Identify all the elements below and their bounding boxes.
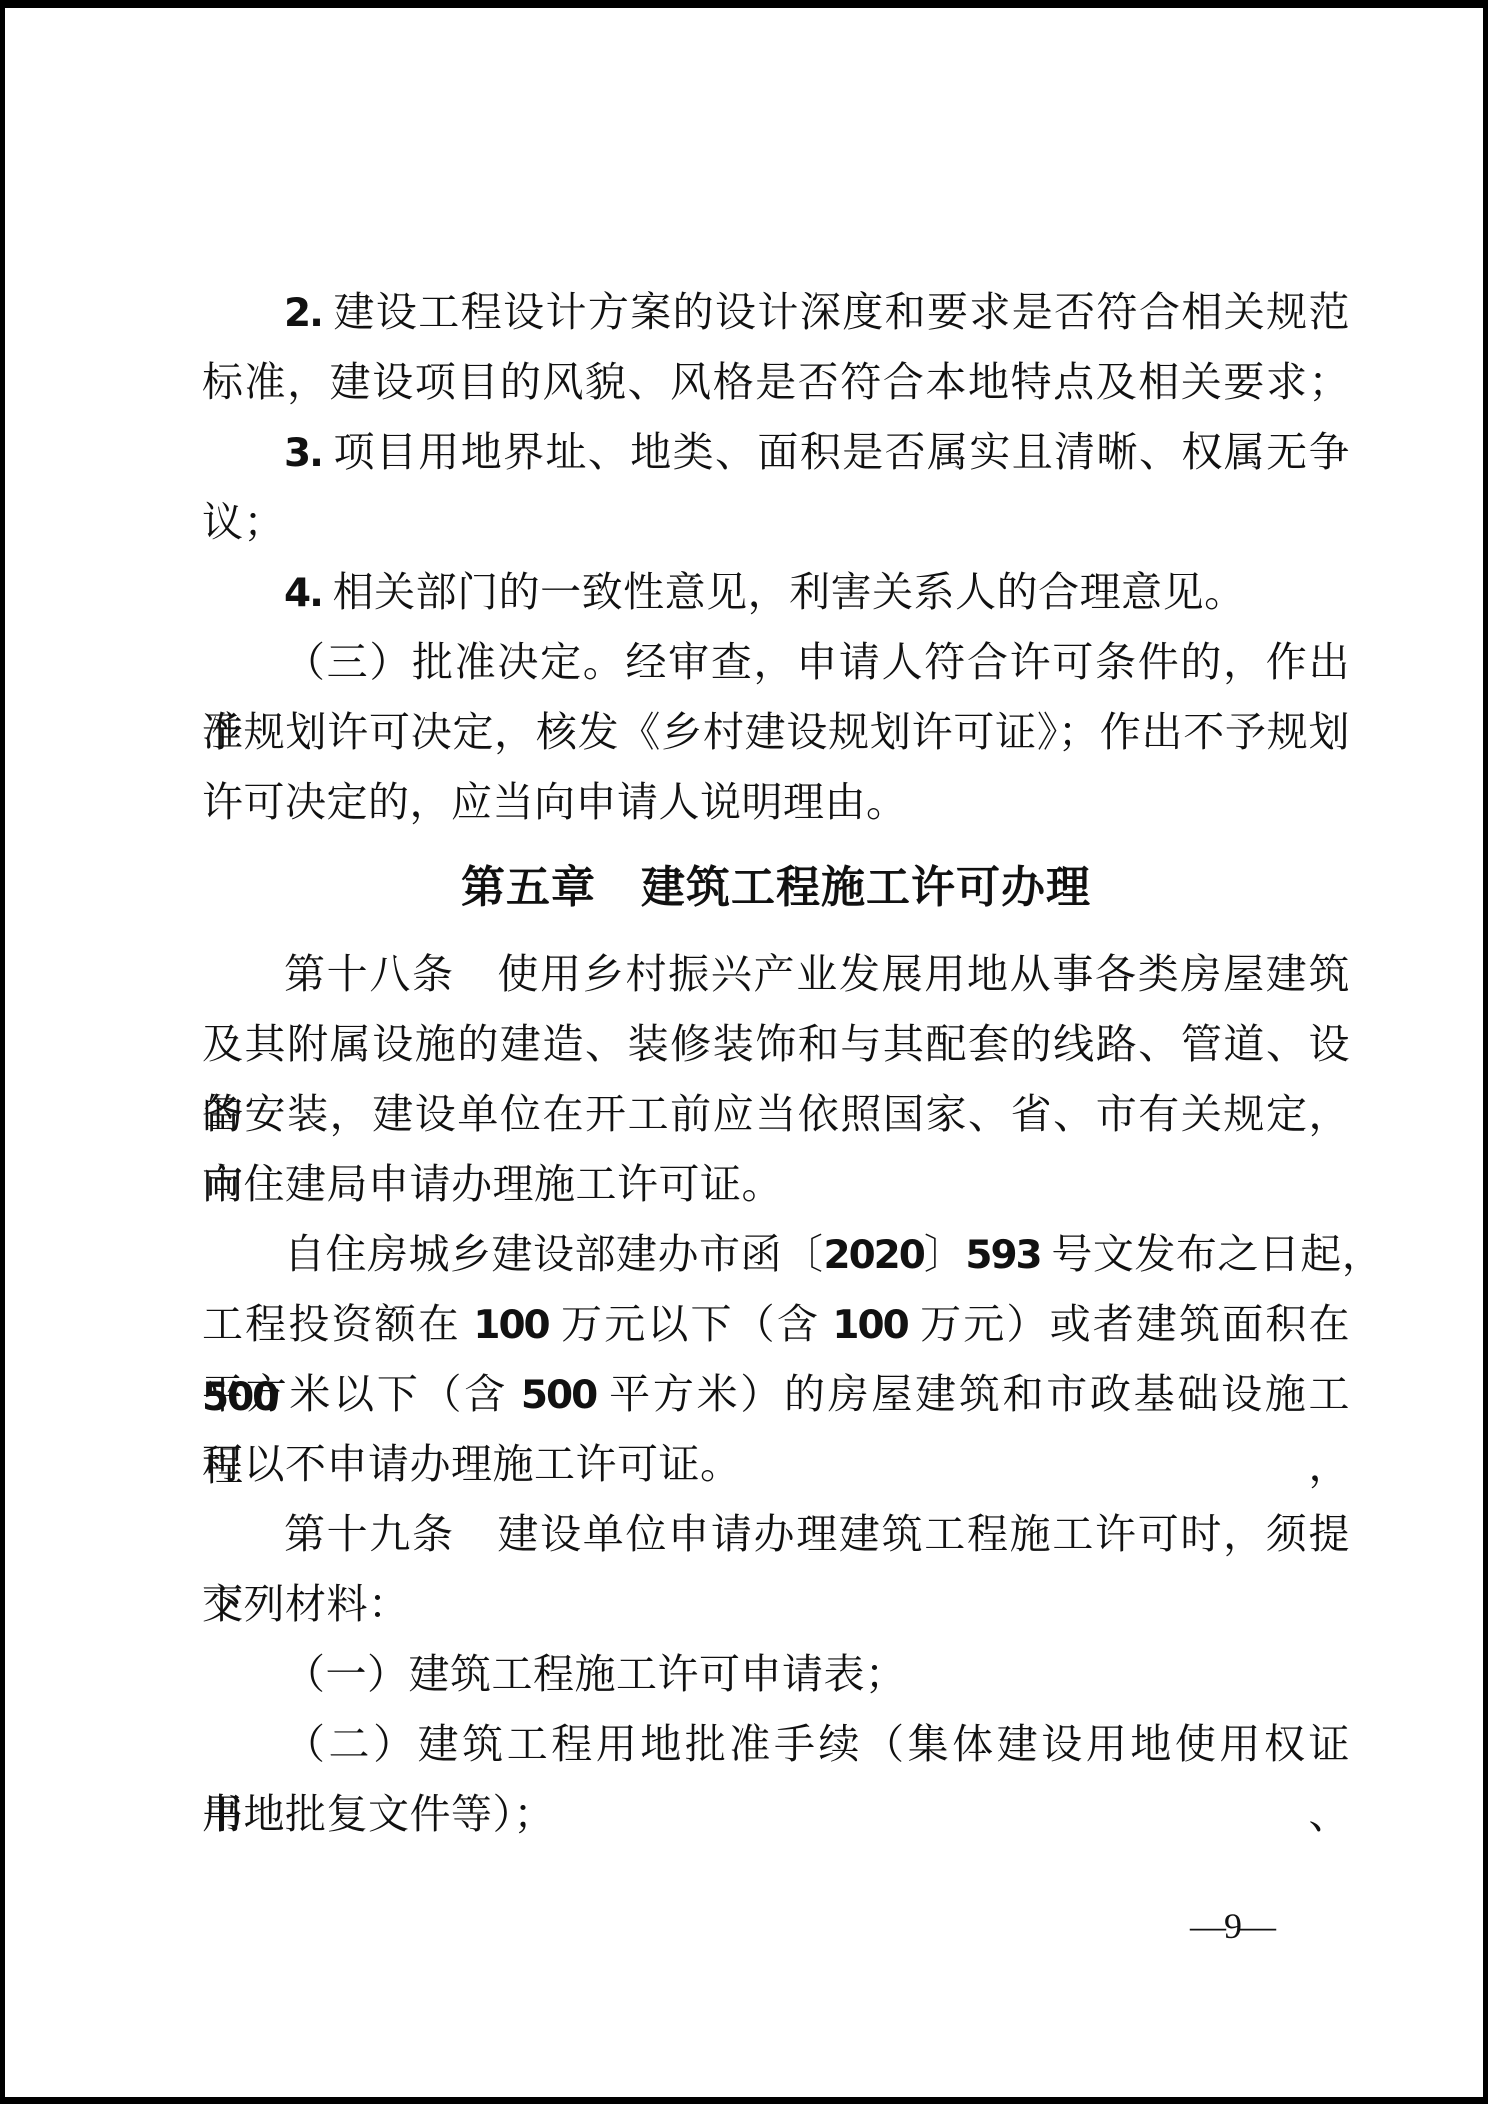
text-line: （一）建筑工程施工许可申请表； (202, 1639, 1350, 1709)
text-line: 第十八条 使用乡村振兴产业发展用地从事各类房屋建筑 (202, 939, 1350, 1009)
text-line: 工程投资额在 100 万元以下（含 100 万元）或者建筑面积在 500 (202, 1289, 1350, 1359)
text-line: 下列材料： (202, 1569, 1350, 1639)
document-page: 2. 建设工程设计方案的设计深度和要求是否符合相关规范 标准，建设项目的风貌、风… (0, 0, 1488, 2104)
text-line: 的安装，建设单位在开工前应当依照国家、省、市有关规定，向 (202, 1079, 1350, 1149)
document-body: 2. 建设工程设计方案的设计深度和要求是否符合相关规范 标准，建设项目的风貌、风… (202, 277, 1350, 1849)
text-line: 议； (202, 487, 1350, 557)
text-line: 4. 相关部门的一致性意见，利害关系人的合理意见。 (202, 557, 1350, 627)
text-line: 3. 项目用地界址、地类、面积是否属实且清晰、权属无争 (202, 417, 1350, 487)
text-line: 予规划许可决定，核发《乡村建设规划许可证》；作出不予规划 (202, 697, 1350, 767)
page-number: —9— (1190, 1901, 1370, 1951)
text-line: 市住建局申请办理施工许可证。 (202, 1149, 1350, 1219)
text-line: 自住房城乡建设部建办市函〔2020〕593 号文发布之日起， (202, 1219, 1350, 1289)
text-line: 许可决定的，应当向申请人说明理由。 (202, 767, 1350, 837)
text-line: 第十九条 建设单位申请办理建筑工程施工许可时，须提交 (202, 1499, 1350, 1569)
text-line: （三）批准决定。经审查，申请人符合许可条件的，作出准 (202, 627, 1350, 697)
text-line: 标准，建设项目的风貌、风格是否符合本地特点及相关要求； (202, 347, 1350, 417)
chapter-heading: 第五章 建筑工程施工许可办理 (202, 853, 1350, 923)
text-line: 2. 建设工程设计方案的设计深度和要求是否符合相关规范 (202, 277, 1350, 347)
text-line: 及其附属设施的建造、装修装饰和与其配套的线路、管道、设备 (202, 1009, 1350, 1079)
text-line: 平方米以下（含 500 平方米）的房屋建筑和市政基础设施工程， (202, 1359, 1350, 1429)
text-line: （二）建筑工程用地批准手续（集体建设用地使用权证书、 (202, 1709, 1350, 1779)
